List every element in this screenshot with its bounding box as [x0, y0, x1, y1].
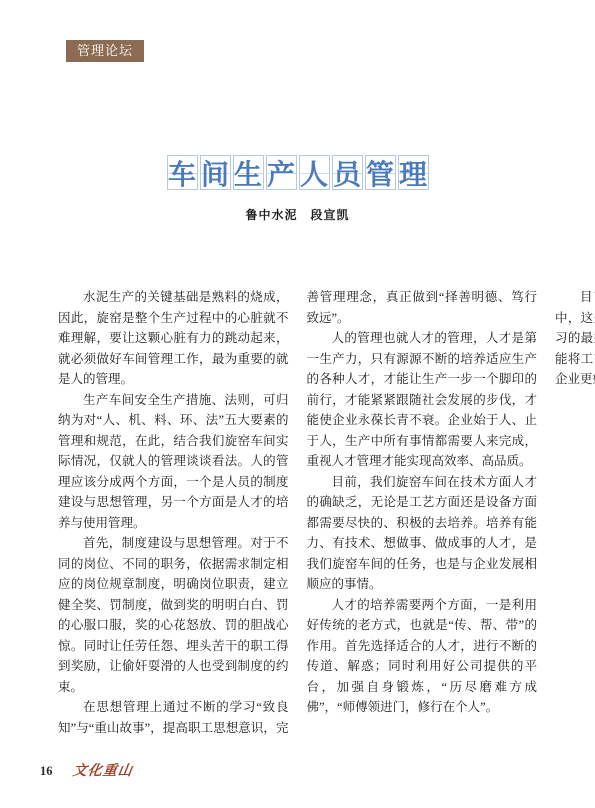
title-char: 产	[267, 153, 295, 193]
paragraph-1: 水泥生产的关键基础是熟料的烧成，因此，旋窑是整个生产过程中的心脏就不难理解，要让…	[58, 287, 289, 390]
magazine-page: 管理论坛 车 间 生 产 人 员 管 理 鲁中水泥 段宣凯 水泥生产的关键基础是…	[0, 0, 595, 808]
title-char-box: 员	[332, 155, 363, 190]
paragraph-7: 人才的培养需要两个方面，一是利用好传统的老方式，也就是“传、帮、带”的作用。首先…	[307, 595, 538, 718]
title-char-box: 产	[266, 155, 297, 190]
title-char: 生	[234, 153, 262, 193]
title-char-box: 间	[200, 155, 231, 190]
article-body: 水泥生产的关键基础是熟料的烧成，因此，旋窑是整个生产过程中的心脏就不难理解，要让…	[58, 287, 537, 755]
title-char: 理	[399, 153, 427, 193]
section-badge: 管理论坛	[66, 40, 144, 62]
title-char-box: 人	[299, 155, 330, 190]
article-title: 车 间 生 产 人 员 管 理	[0, 155, 595, 190]
title-char: 车	[168, 153, 196, 193]
title-char-box: 理	[398, 155, 429, 190]
author-line: 鲁中水泥 段宣凯	[0, 206, 595, 223]
title-char: 间	[201, 153, 229, 193]
title-char-box: 生	[233, 155, 264, 190]
title-char: 员	[333, 153, 361, 193]
title-char: 人	[300, 153, 328, 193]
paragraph-3: 首先，制度建设与思想管理。对于不同的岗位、不同的职务，依据需求制定相应的岗位规章…	[58, 533, 289, 697]
paragraph-8: 目前，旋窑车间正处在大型技改当中，这是千载难逢的机会，也是锻炼与学习的最好时机，…	[555, 287, 595, 390]
paragraph-2: 生产车间安全生产措施、法则，可归纳为对“人、机、料、环、法”五大要素的管理和规范…	[58, 390, 289, 534]
brand-logo: 文化重山	[71, 760, 134, 780]
title-char-box: 车	[167, 155, 198, 190]
paragraph-5: 人的管理也就人才的管理，人才是第一生产力，只有源源不断的培养适应生产的各种人才，…	[307, 328, 538, 472]
paragraph-6: 目前，我们旋窑车间在技术方面人才的确缺乏，无论是工艺方面还是设备方面都需要尽快的…	[307, 472, 538, 595]
title-char: 管	[366, 153, 394, 193]
title-char-box: 管	[365, 155, 396, 190]
page-number: 16	[40, 764, 53, 779]
page-footer: 16 文化重山	[40, 760, 133, 780]
